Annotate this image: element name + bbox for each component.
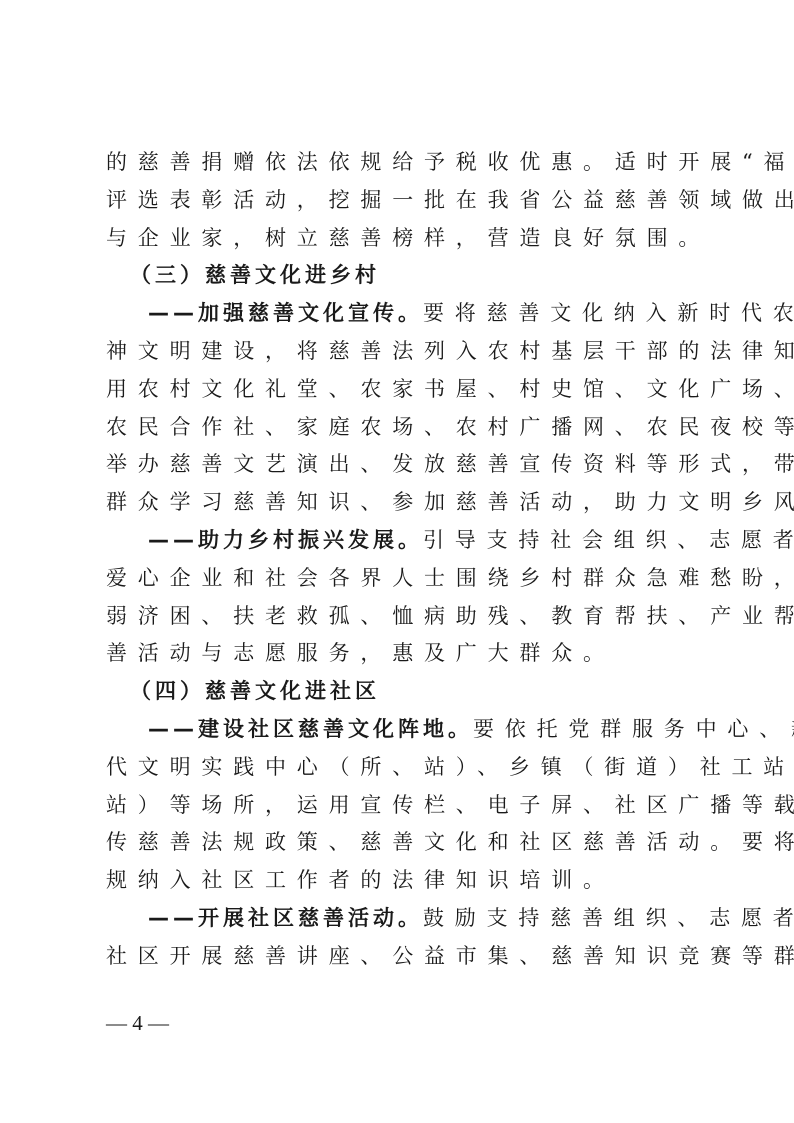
paragraph-first-line: ——加强慈善文化宣传。要将慈善文化纳入新时代农村精: [106, 295, 682, 333]
body-line: 举办慈善文艺演出、发放慈善宣传资料等形式，带动广大乡村: [106, 446, 682, 484]
paragraph-text: 要将慈善文化纳入新时代农村精: [423, 301, 794, 325]
paragraph-lead: ——助力乡村振兴发展。: [148, 528, 423, 552]
page-number: — 4 —: [106, 1011, 169, 1036]
body-line: 群众学习慈善知识、参加慈善活动，助力文明乡风建设。: [106, 484, 682, 522]
body-line: 站）等场所，运用宣传栏、电子屏、社区广播等载体，广泛宣: [106, 787, 682, 825]
paragraph-text: 引导支持社会组织、志愿者团体、: [423, 528, 794, 552]
body-line: 农民合作社、家庭农场、农村广播网、农民夜校等阵地，通过: [106, 409, 682, 447]
body-line: 代文明实践中心（所、站）、乡镇（街道）社工站（民政服务: [106, 749, 682, 787]
body-line: 神文明建设，将慈善法列入农村基层干部的法律知识培训。利: [106, 333, 682, 371]
body-line: 评选表彰活动，挖掘一批在我省公益慈善领域做出贡献的企业: [106, 182, 682, 220]
section-heading-4: （四）慈善文化进社区: [106, 673, 682, 711]
paragraph-first-line: ——开展社区慈善活动。鼓励支持慈善组织、志愿者等在: [106, 900, 682, 938]
body-line: 传慈善法规政策、慈善文化和社区慈善活动。要将慈善法律法: [106, 824, 682, 862]
section-heading-3: （三）慈善文化进乡村: [106, 257, 682, 295]
body-line: 规纳入社区工作者的法律知识培训。: [106, 862, 682, 900]
body-line: 爱心企业和社会各界人士围绕乡村群众急难愁盼，策划开展扶: [106, 560, 682, 598]
paragraph-text: 鼓励支持慈善组织、志愿者等在: [423, 906, 794, 930]
paragraph-lead: ——加强慈善文化宣传。: [148, 301, 423, 325]
body-line: 与企业家，树立慈善榜样，营造良好氛围。: [106, 220, 682, 258]
body-line: 社区开展慈善讲座、公益市集、慈善知识竞赛等群众性慈善文: [106, 938, 682, 976]
paragraph-first-line: ——建设社区慈善文化阵地。要依托党群服务中心、新时: [106, 711, 682, 749]
body-line: 弱济困、扶老救孤、恤病助残、教育帮扶、产业帮扶等各类慈: [106, 598, 682, 636]
paragraph-lead: ——建设社区慈善文化阵地。: [148, 717, 473, 741]
body-line: 用农村文化礼堂、农家书屋、村史馆、文化广场、农业企业、: [106, 371, 682, 409]
paragraph-lead: ——开展社区慈善活动。: [148, 906, 423, 930]
document-page: 的慈善捐赠依法依规给予税收优惠。适时开展“福建慈善奖” 评选表彰活动，挖掘一批在…: [106, 144, 682, 976]
paragraph-text: 要依托党群服务中心、新时: [473, 717, 794, 741]
paragraph-first-line: ——助力乡村振兴发展。引导支持社会组织、志愿者团体、: [106, 522, 682, 560]
body-line: 善活动与志愿服务，惠及广大群众。: [106, 635, 682, 673]
body-line: 的慈善捐赠依法依规给予税收优惠。适时开展“福建慈善奖”: [106, 144, 682, 182]
